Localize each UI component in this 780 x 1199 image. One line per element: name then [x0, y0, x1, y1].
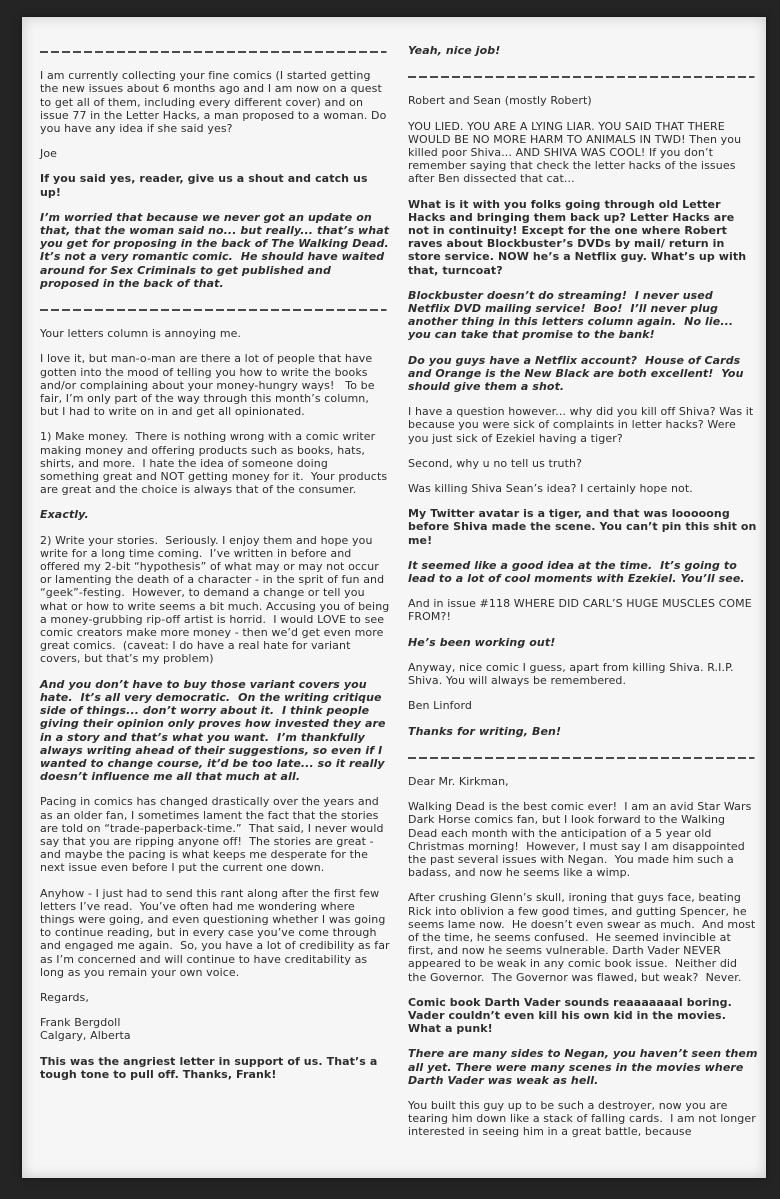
separator-line	[40, 302, 390, 315]
letter-paragraph: And in issue #118 WHERE DID CARL’S HUGE …	[408, 597, 758, 623]
letter-paragraph: I am currently collecting your fine comi…	[40, 69, 390, 135]
letter-paragraph: Anyhow - I just had to send this rant al…	[40, 887, 390, 979]
letter-paragraph: Robert and Sean (mostly Robert)	[408, 94, 758, 107]
separator-line	[408, 69, 758, 82]
editor-response-italic: And you don’t have to buy those variant …	[40, 678, 390, 784]
editor-response-bold: This was the angriest letter in support …	[40, 1055, 390, 1081]
letter-paragraph: Dear Mr. Kirkman,	[408, 775, 758, 788]
editor-response-bold: What is it with you folks going through …	[408, 198, 758, 277]
editor-response-italic: Do you guys have a Netflix account? Hous…	[408, 354, 758, 394]
editor-response-italic: I’m worried that because we never got an…	[40, 211, 390, 290]
page-background: I am currently collecting your fine comi…	[0, 0, 780, 1199]
editor-response-bold: My Twitter avatar is a tiger, and that w…	[408, 507, 758, 547]
letter-paragraph: 1) Make money. There is nothing wrong wi…	[40, 430, 390, 496]
editor-response-italic: There are many sides to Negan, you haven…	[408, 1047, 758, 1087]
editor-response-italic: Yeah, nice job!	[408, 44, 758, 57]
letter-paragraph: I have a question however... why did you…	[408, 405, 758, 445]
editor-response-italic: Blockbuster doesn’t do streaming! I neve…	[408, 289, 758, 342]
separator-line	[408, 750, 758, 763]
letter-paragraph: Was killing Shiva Sean’s idea? I certain…	[408, 482, 758, 495]
letter-paragraph: You built this guy up to be such a destr…	[408, 1099, 758, 1139]
letter-paragraph: YOU LIED. YOU ARE A LYING LIAR. YOU SAID…	[408, 120, 758, 186]
letter-paragraph: 2) Write your stories. Seriously. I enjo…	[40, 534, 390, 666]
letter-paragraph: Ben Linford	[408, 699, 758, 712]
editor-response-bold: If you said yes, reader, give us a shout…	[40, 172, 390, 198]
right-column: Yeah, nice job!Robert and Sean (mostly R…	[408, 44, 758, 1151]
editor-response-italic: Thanks for writing, Ben!	[408, 725, 758, 738]
letter-paragraph: Your letters column is annoying me.	[40, 327, 390, 340]
letter-paragraph: Joe	[40, 147, 390, 160]
letter-paragraph: Pacing in comics has changed drastically…	[40, 795, 390, 874]
letter-paragraph: Frank Bergdoll Calgary, Alberta	[40, 1016, 390, 1042]
separator-line	[40, 44, 390, 57]
editor-response-italic: It seemed like a good idea at the time. …	[408, 559, 758, 585]
editor-response-bold: Comic book Darth Vader sounds reaaaaaaal…	[408, 996, 758, 1036]
letter-paragraph: After crushing Glenn’s skull, ironing th…	[408, 891, 758, 983]
letter-paragraph: Anyway, nice comic I guess, apart from k…	[408, 661, 758, 687]
letter-paragraph: Walking Dead is the best comic ever! I a…	[408, 800, 758, 879]
letter-paragraph: Regards,	[40, 991, 390, 1004]
columns-container: I am currently collecting your fine comi…	[40, 44, 758, 1151]
editor-response-italic: Exactly.	[40, 508, 390, 521]
letters-page: I am currently collecting your fine comi…	[22, 17, 766, 1178]
editor-response-italic: He’s been working out!	[408, 636, 758, 649]
letter-paragraph: I love it, but man-o-man are there a lot…	[40, 352, 390, 418]
letter-paragraph: Second, why u no tell us truth?	[408, 457, 758, 470]
left-column: I am currently collecting your fine comi…	[40, 44, 390, 1151]
